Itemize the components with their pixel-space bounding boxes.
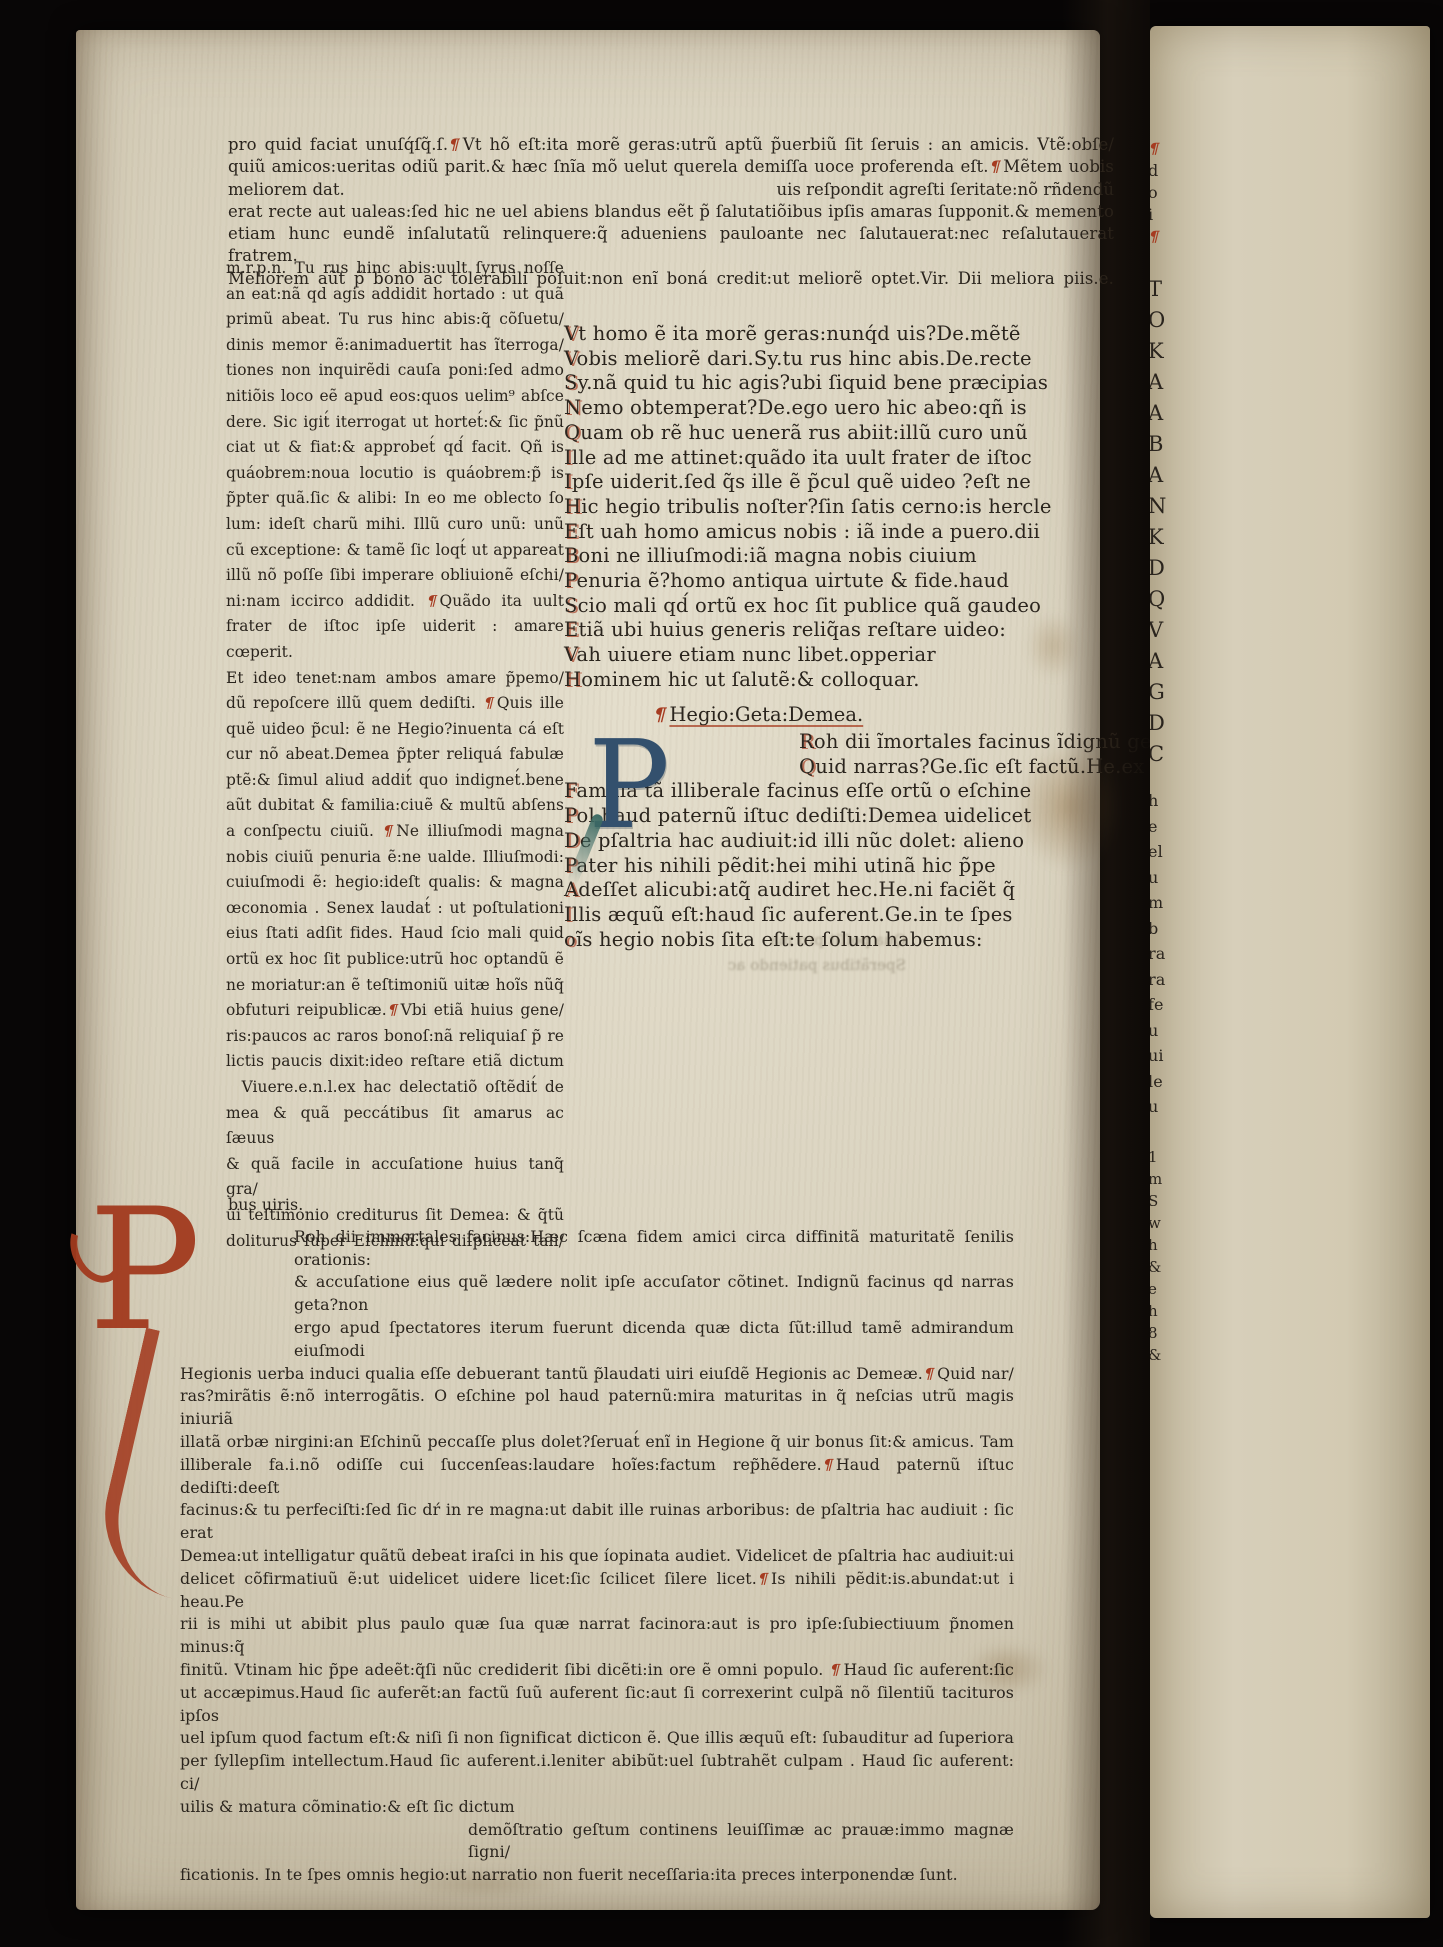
pilcrow-mark: ¶	[828, 1660, 843, 1681]
verse-line: Eſt uah homo amicus nobis : iã inde a pu…	[564, 520, 1116, 545]
commentary-line: dere. Sic igit́ iterrogat ut hortet́:& ſ…	[226, 410, 564, 436]
book-page: pro quid faciat unuſq́ſq̃.ſ.¶Vt hõ eſt:i…	[76, 30, 1100, 1910]
edge-fragment: o	[1150, 182, 1232, 204]
commentary-line: ortũ ex hoc ſit publice:utrũ hoc optandũ…	[226, 947, 564, 973]
split-line-left: meliorem dat.	[228, 179, 345, 201]
bottom-full-lines: Hegionis uerba induci qualia eſſe debuer…	[180, 1363, 1014, 1796]
edge-fragment: 1	[1150, 1146, 1232, 1168]
commentary-line: quáobrem:noua locutio is quáobrem:p̃ is	[226, 461, 564, 487]
text-line: erat recte aut ualeas:ſed hic ne uel abi…	[228, 201, 1114, 223]
verse-line: Sy.nã quid tu hic agis?ubi ſiquid bene p…	[564, 371, 1116, 396]
edge-fragment: ¶	[1150, 226, 1232, 248]
pilcrow-mark: ¶	[1150, 139, 1162, 159]
commentary-line: p̃pter quã.ſic & alibi: In eo me oblecto…	[226, 486, 564, 512]
commentary-line: nitiõis loco eẽ apud eos:quos uelim⁹ abſ…	[226, 384, 564, 410]
bottom-commentary: bus uiris. Roh dii immortales facinus:Hæ…	[180, 1194, 1014, 1887]
pilcrow-mark: ¶	[755, 1569, 770, 1590]
pilcrow-mark: ¶	[385, 999, 401, 1023]
blue-lombard-initial-P: P	[588, 728, 670, 844]
verse-line: Penuria ẽ?homo antiqua uirtute & fide.ha…	[564, 569, 1116, 594]
edge-fragment: K	[1150, 336, 1232, 367]
verse-line: Hic hegio tribulis noſter?ſin ſatis cern…	[564, 495, 1116, 520]
ink-showthrough: Qua poſſit pro maSperãtibus patiendo ac	[546, 928, 906, 978]
commentary-line: facinus:& tu perfeciſti:ſed ſic dŕ in re…	[180, 1499, 1014, 1545]
edge-fragment: w	[1150, 1212, 1232, 1234]
commentary-line: ne moriatur:an ẽ teſtimoniũ uitæ hoĩs nũ…	[226, 973, 564, 999]
commentary-line: tiones non inquirẽdi cauſa poni:ſed admo	[226, 358, 564, 384]
pilcrow-mark: ¶	[987, 157, 1003, 178]
commentary-line: illatã orbæ nirgini:an Eſchinũ peccaſſe …	[180, 1431, 1014, 1454]
edge-fragment: D	[1150, 553, 1232, 584]
pilcrow-mark: ¶	[380, 820, 396, 844]
commentary-line: frater de iſtoc ipſe uiderit : amare cœp…	[226, 614, 564, 665]
edge-fragment: u	[1150, 1094, 1232, 1120]
commentary-line: delicet cõfirmatiuũ ẽ:ut uidelicet uider…	[180, 1568, 1014, 1614]
edge-fragment: ra	[1150, 941, 1232, 967]
paper-stain	[376, 1866, 596, 1902]
commentary-line: illiberale fa.i.nõ odiſſe cui ſuccenſeas…	[180, 1454, 1014, 1500]
commentary-line: Et ideo tenet:nam ambos amare p̃pemo/	[226, 666, 564, 692]
commentary-line: Demea:ut intelligatur quãtũ debeat iraſc…	[180, 1545, 1014, 1568]
top-paragraph-split-line: meliorem dat. uis reſpondit agreſti ſeri…	[228, 179, 1114, 201]
edge-fragment: S	[1150, 1190, 1232, 1212]
commentary-line: an eat:nã qd agis addidit hortado : ut q…	[226, 282, 564, 308]
commentary-line: Viuere.e.n.l.ex hac delectatiõ oſtẽdit́ …	[226, 1075, 564, 1101]
commentary-line: ciat ut & fiat:& approbet́ qd́ facit. Qñ…	[226, 435, 564, 461]
bottom-short-line: uilis & matura cõminatio:& eſt ſic dictu…	[180, 1796, 1014, 1819]
verse-line: Ille ad me attinet:quãdo ita uult frater…	[564, 446, 1116, 471]
commentary-line: ut accæpimus.Haud ſic auferẽt:an factũ ſ…	[180, 1682, 1014, 1728]
commentary-line: dinis memor ẽ:animaduertit has ĩterroga/	[226, 333, 564, 359]
paper-stain	[948, 1632, 1066, 1706]
edge-fragment: D	[1150, 708, 1232, 739]
pilcrow-mark: ¶	[1150, 227, 1162, 247]
incunabulum-photo: pro quid faciat unuſq́ſq̃.ſ.¶Vt hõ eſt:i…	[0, 0, 1443, 1947]
commentary-line: dũ repoſcere illũ quem dediſti. ¶Quis il…	[226, 691, 564, 717]
gutter-shadow	[1062, 0, 1150, 1947]
edge-fragments-capitals: TOKAABANKDQVAGDC	[1150, 274, 1232, 770]
commentary-column: m.r.p.n. Tu rus hinc abis:uult ſyrus noſ…	[226, 256, 564, 1254]
commentary-line: œconomia . Senex laudat́ : ut poſtulatio…	[226, 896, 564, 922]
edge-fragment: B	[1150, 429, 1232, 460]
commentary-line: primũ abeat. Tu rus hinc abis:q̃ cõſuetu…	[226, 307, 564, 333]
edge-fragment: K	[1150, 522, 1232, 553]
edge-fragment: A	[1150, 398, 1232, 429]
edge-fragment: O	[1150, 305, 1232, 336]
commentary-line: Hegionis uerba induci qualia eſſe debuer…	[180, 1363, 1014, 1386]
commentary-line: m.r.p.n. Tu rus hinc abis:uult ſyrus noſ…	[226, 256, 564, 282]
edge-fragment: fe	[1150, 992, 1232, 1018]
commentary-line: lictis paucis dixit:ideo reſtare etiã di…	[226, 1049, 564, 1075]
edge-fragments-top: ¶doi¶	[1150, 138, 1232, 248]
verse-line: Boni ne illiuſmodi:iã magna nobis ciuium	[564, 544, 1116, 569]
commentary-line: ergo apud ſpectatores iterum fuerunt dic…	[294, 1317, 1014, 1363]
pilcrow-mark: ¶	[424, 590, 440, 614]
edge-fragment: A	[1150, 460, 1232, 491]
commentary-line: ris:paucos ac raros bonoſ:nã reliquiaſ p…	[226, 1024, 564, 1050]
edge-fragment: G	[1150, 677, 1232, 708]
verse-line: Ipſe uiderit.ſed q̃s ille ẽ p̃cul quẽ ui…	[564, 470, 1116, 495]
edge-fragment: el	[1150, 839, 1232, 865]
verse-line: Vobis meliorẽ dari.Sy.tu rus hinc abis.D…	[564, 347, 1116, 372]
edge-fragment: T	[1150, 274, 1232, 305]
commentary-line: cur nõ abeat.Demea p̃pter reliquá fabulæ	[226, 742, 564, 768]
edge-fragment: b	[1150, 916, 1232, 942]
edge-fragment: e	[1150, 1278, 1232, 1300]
commentary-line: lum: ideſt charũ mihi. Illũ curo unũ: un…	[226, 512, 564, 538]
carryover-line: bus uiris.	[228, 1194, 1014, 1217]
pilcrow-mark: ¶	[921, 1363, 936, 1384]
commentary-line: eius ſtati adſit fides. Haud ſcio mali q…	[226, 921, 564, 947]
commentary-line: finitũ. Vtinam hic p̃pe adeẽt:q̃ſi nũc c…	[180, 1659, 1014, 1682]
commentary-line: ni:nam iccirco addidit. ¶Quãdo ita uult	[226, 589, 564, 615]
commentary-line: mea & quã peccátibus ſit amarus ac ſæuus	[226, 1101, 564, 1152]
commentary-line: quẽ uideo p̃cul: ẽ ne Hegio?inuenta cá e…	[226, 717, 564, 743]
edge-fragment: ¶	[1150, 138, 1232, 160]
edge-fragment: u	[1150, 865, 1232, 891]
commentary-line: rii is mihi ut abibit plus paulo quæ ſua…	[180, 1613, 1014, 1659]
verse-line: Vt homo ẽ ita morẽ geras:nunq́d uis?De.m…	[564, 322, 1116, 347]
bottom-centered-line: demõſtratio geſtum continens leuiſſimæ a…	[468, 1819, 1014, 1865]
edge-fragment: A	[1150, 367, 1232, 398]
edge-fragment: C	[1150, 739, 1232, 770]
commentary-line: ptẽ:& ſimul aliud addit́ quo indignet́.b…	[226, 768, 564, 794]
edge-fragment: &	[1150, 1344, 1232, 1366]
edge-fragment: N	[1150, 491, 1232, 522]
edge-fragment: ra	[1150, 967, 1232, 993]
commentary-line: uel ipſum quod factum eſt:& niſi ſi non …	[180, 1727, 1014, 1750]
edge-fragment: ui	[1150, 1043, 1232, 1069]
scene-heading: ¶Hegio:Geta:Demea.	[653, 703, 863, 726]
verse-line: Nemo obtemperat?De.ego uero hic abeo:qñ …	[564, 396, 1116, 421]
edge-fragment: &	[1150, 1256, 1232, 1278]
edge-fragments-bottom: 1mSwh&eh8&	[1150, 1146, 1232, 1366]
bottom-last-line: ficationis. In te ſpes omnis hegio:ut na…	[180, 1864, 1014, 1887]
edge-fragment: m	[1150, 1168, 1232, 1190]
commentary-line: nobis ciuiũ penuria ẽ:ne ualde. Illiuſmo…	[226, 845, 564, 871]
edge-fragment: m	[1150, 890, 1232, 916]
commentary-line: aũt dubitat & familia:ciuẽ & multũ abſen…	[226, 793, 564, 819]
pilcrow-mark: ¶	[481, 692, 497, 716]
edge-fragment: le	[1150, 1069, 1232, 1095]
edge-fragment: e	[1150, 814, 1232, 840]
commentary-line: per ſyllepſim intellectum.Haud ſic aufer…	[180, 1750, 1014, 1796]
edge-fragment: d	[1150, 160, 1232, 182]
commentary-line: ras?mirãtis ẽ:nõ interrogãtis. O eſchine…	[180, 1385, 1014, 1431]
showthrough-line: Qua poſſit pro ma	[546, 928, 906, 953]
edge-fragment: i	[1150, 204, 1232, 226]
commentary-line: cũ exceptione: & tamẽ ſic loqt́ ut appar…	[226, 538, 564, 564]
commentary-line: obfuturi reipublicæ.¶Vbi etiã huius gene…	[226, 998, 564, 1024]
facing-page-edge: ¶doi¶ TOKAABANKDQVAGDC heelumbrarafeuuil…	[1150, 26, 1430, 1918]
commentary-line: & accuſatione eius quẽ lædere nolit ipſe…	[294, 1271, 1014, 1317]
edge-fragment: 8	[1150, 1322, 1232, 1344]
pilcrow-mark: ¶	[447, 135, 463, 156]
edge-fragment: u	[1150, 1018, 1232, 1044]
edge-fragment: V	[1150, 615, 1232, 646]
edge-fragments-middle: heelumbrarafeuuileu	[1150, 788, 1232, 1120]
edge-fragment: A	[1150, 646, 1232, 677]
top-paragraph-lines: pro quid faciat unuſq́ſq̃.ſ.¶Vt hõ eſt:i…	[228, 134, 1114, 179]
text-line: quiũ amicos:ueritas odiũ parit.& hæc ſnĩ…	[228, 156, 1114, 178]
red-lombard-initial-P: P	[88, 1202, 201, 1340]
commentary-line: cuiuſmodi ẽ: hegio:ideſt qualis: & magna	[226, 870, 564, 896]
bottom-indented-lines: Roh dii immortales facinus:Hæc ſcæna fid…	[180, 1226, 1014, 1363]
showthrough-line: Sperãtibus patiendo ac	[546, 953, 906, 978]
text-line: pro quid faciat unuſq́ſq̃.ſ.¶Vt hõ eſt:i…	[228, 134, 1114, 156]
edge-fragment: h	[1150, 788, 1232, 814]
edge-fragment: h	[1150, 1234, 1232, 1256]
edge-fragment: h	[1150, 1300, 1232, 1322]
commentary-line: illũ nõ poſſe ſibi imperare obliuionẽ eſ…	[226, 563, 564, 589]
verse-line: Quam ob rẽ huc uenerã rus abiit:illũ cur…	[564, 421, 1116, 446]
commentary-line: a conſpectu ciuiũ. ¶Ne illiuſmodi magna	[226, 819, 564, 845]
edge-fragment: Q	[1150, 584, 1232, 615]
pilcrow-mark: ¶	[820, 1455, 835, 1476]
commentary-line: Roh dii immortales facinus:Hæc ſcæna fid…	[294, 1226, 1014, 1272]
verse-line: Illis æquũ eſt:haud ſic auferent.Ge.in t…	[564, 903, 1116, 928]
